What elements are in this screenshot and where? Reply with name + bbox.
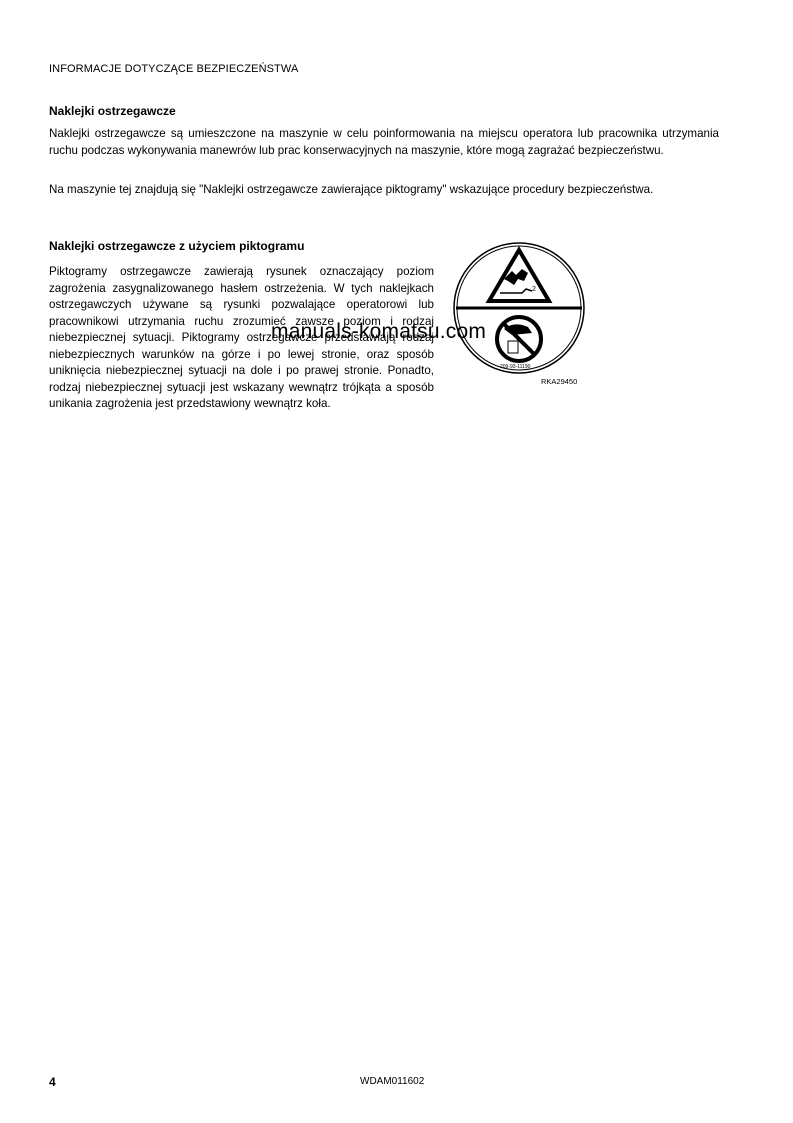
prohibition-circle-icon [497,317,541,361]
watermark: manuals-komatsu.com [271,320,486,344]
svg-text:209-93-11190: 209-93-11190 [500,364,531,370]
heading-warning-labels: Naklejki ostrzegawcze [49,104,176,118]
warning-triangle-icon: 2 [489,250,549,301]
section-header: INFORMACJE DOTYCZĄCE BEZPIECZEŃSTWA [49,63,298,75]
page-number: 4 [49,1075,56,1089]
paragraph-warning-labels-intro: Naklejki ostrzegawcze są umieszczone na … [49,126,719,159]
figure-code: RKA29450 [541,377,577,386]
heading-pictogram-labels: Naklejki ostrzegawcze z użyciem piktogra… [49,239,304,253]
paragraph-warning-labels-pictograms: Na maszynie tej znajdują się "Naklejki o… [49,182,719,199]
document-code: WDAM011602 [360,1076,424,1087]
svg-text:2: 2 [532,286,536,293]
pictogram-label-figure: 2 209-93-11190 [452,241,586,375]
